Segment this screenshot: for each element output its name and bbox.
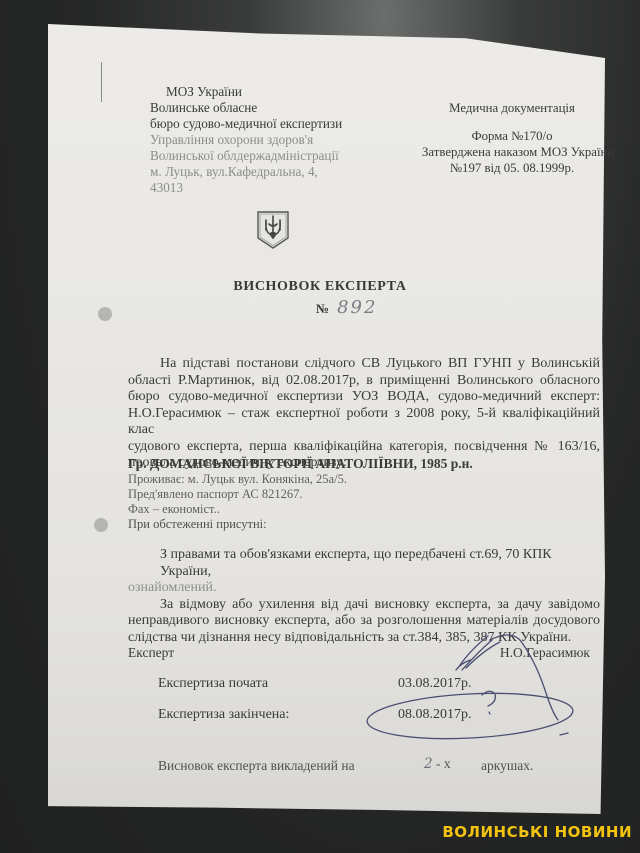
subject-address: Проживає: м. Луцьк вул. Конякіна, 25а/5. (128, 472, 473, 487)
header-form-info: Медична документація Форма №170/о Затвер… (422, 100, 602, 176)
header-institution: МОЗ України Волинське обласне бюро судов… (150, 84, 380, 196)
header-line: 43013 (150, 180, 380, 196)
header-line: бюро судово-медичної експертизи (150, 116, 380, 132)
end-date: 08.08.2017р. (398, 707, 472, 723)
form-number: Форма №170/о (422, 128, 602, 144)
start-date: 03.08.2017р. (398, 676, 472, 692)
paragraph-line: З правами та обов'язками експерта, що пе… (128, 547, 600, 580)
paragraph-line: ознайомлений. (128, 580, 600, 597)
paragraph-line: За відмову або ухилення від дачі висновк… (128, 597, 600, 614)
sheets-count-suffix: - х (433, 756, 451, 771)
expert-label: Експерт (128, 645, 174, 660)
paragraph-line: області Р.Мартинюк, від 02.08.2017р, в п… (128, 373, 600, 390)
document-title: ВИСНОВОК ЕКСПЕРТА (200, 279, 440, 295)
header-line: МОЗ України (150, 84, 380, 100)
sheets-count: 2 - х (424, 756, 451, 772)
punch-hole (94, 518, 108, 532)
header-line: Волинської облдержадміністрації (150, 148, 380, 164)
paragraph-line: судового експерта, перша кваліфікаційна … (128, 439, 600, 456)
paragraph-line: Н.О.Герасимюк – стаж експертної роботи з… (128, 406, 600, 439)
signature-row: Експерт Н.О.Герасимюк (128, 645, 590, 661)
paragraph-line: бюро судово-медичної експертизи УОЗ ВОДА… (128, 389, 600, 406)
approval-line: №197 від 05. 08.1999р. (422, 160, 602, 176)
present-label: При обстеженні присутні: (128, 516, 267, 532)
sheets-label: Висновок експерта викладений на (158, 758, 355, 774)
paper-edge-line (101, 62, 102, 102)
doc-type: Медична документація (422, 100, 602, 116)
intro-paragraph: На підставі постанови слідчого СВ Луцько… (128, 356, 600, 472)
trident-emblem-icon (256, 210, 290, 250)
start-label: Експертиза почата (158, 676, 268, 692)
number-value-handwritten: 892 (337, 297, 377, 318)
end-label: Експертиза закінчена: (158, 707, 289, 723)
punch-hole (98, 307, 112, 321)
rights-paragraph: З правами та обов'язками експерта, що пе… (128, 547, 600, 646)
subject-profession: Фах – економіст.. (128, 502, 473, 517)
header-line: Волинське обласне (150, 100, 380, 116)
subject-passport: Пред'явлено паспорт АС 821267. (128, 487, 473, 502)
sheets-count-handwritten: 2 (424, 756, 433, 772)
number-symbol: № (316, 301, 329, 316)
subject-name: Гр. ДОМАНСЬКОЇ ВІКТОРІЇ АНАТОЛІЇВНИ, 198… (128, 456, 473, 472)
sheets-word: аркушах. (481, 758, 533, 774)
approval-line: Затверджена наказом МОЗ України (422, 144, 602, 160)
header-line: м. Луцьк, вул.Кафедральна, 4, (150, 164, 380, 180)
paragraph-line: неправдивого висновку експерта, або за р… (128, 613, 600, 630)
subject-block: Гр. ДОМАНСЬКОЇ ВІКТОРІЇ АНАТОЛІЇВНИ, 198… (128, 456, 473, 517)
paragraph-line: На підставі постанови слідчого СВ Луцько… (128, 356, 600, 373)
watermark-logo: ВОЛИНСЬКІ НОВИНИ (442, 823, 632, 841)
document-number: №892 (316, 300, 436, 317)
expert-name: Н.О.Герасимюк (500, 645, 590, 661)
header-line: Управління охорони здоров'я (150, 132, 380, 148)
paragraph-line: слідства чи дізнання несу відповідальніс… (128, 630, 600, 647)
